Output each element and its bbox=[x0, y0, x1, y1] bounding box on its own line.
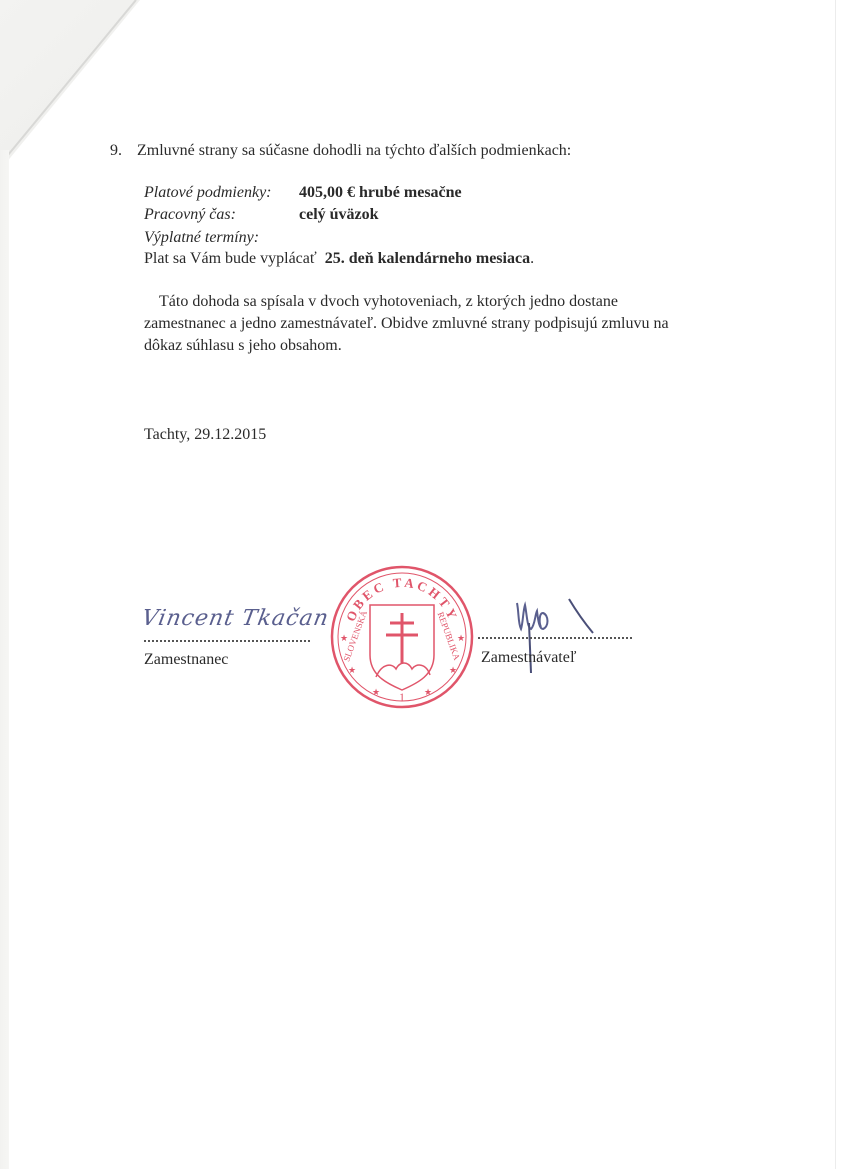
payment-suffix: . bbox=[530, 250, 534, 267]
employee-label: Zamestnanec bbox=[144, 650, 228, 670]
employee-signature-line bbox=[144, 640, 310, 642]
page-edge-left bbox=[0, 150, 9, 1169]
closing-line-1: Táto dohoda sa spísala v dvoch vyhotoven… bbox=[159, 292, 618, 312]
payment-line: Plat sa Vám bude vyplácať 25. deň kalend… bbox=[144, 249, 534, 269]
term-label-worktime: Pracovný čas: bbox=[144, 205, 236, 225]
employer-label: Zamestnávateľ bbox=[481, 648, 576, 668]
term-value-salary: 405,00 € hrubé mesačne bbox=[299, 183, 462, 203]
employee-signature: Vincent Tkačan bbox=[140, 606, 331, 631]
closing-line-2: zamestnanec a jedno zamestnávateľ. Obidv… bbox=[144, 314, 669, 334]
item-heading: Zmluvné strany sa súčasne dohodli na týc… bbox=[137, 141, 571, 161]
svg-text:★: ★ bbox=[372, 688, 380, 698]
term-label-paydates: Výplatné termíny: bbox=[144, 228, 259, 248]
stamp-number: 1 bbox=[399, 690, 405, 704]
employer-signature-line bbox=[478, 637, 632, 639]
term-label-salary: Platové podmienky: bbox=[144, 183, 272, 203]
item-number: 9. bbox=[110, 141, 122, 161]
official-stamp: OBEC TACHTY SLOVENSKÁ REPUBLIKA 1 ★★ ★★ … bbox=[330, 565, 475, 710]
svg-text:★: ★ bbox=[457, 634, 465, 644]
svg-text:★: ★ bbox=[340, 634, 348, 644]
payment-prefix: Plat sa Vám bude vyplácať bbox=[144, 250, 317, 267]
closing-line-3: dôkaz súhlasu s jeho obsahom. bbox=[144, 336, 342, 356]
payment-value: 25. deň kalendárneho mesiaca bbox=[325, 250, 530, 267]
svg-text:★: ★ bbox=[424, 688, 432, 698]
place-and-date: Tachty, 29.12.2015 bbox=[144, 425, 266, 445]
svg-text:★: ★ bbox=[348, 666, 356, 676]
page-edge-right bbox=[835, 0, 836, 1169]
svg-text:★: ★ bbox=[449, 666, 457, 676]
term-value-worktime: celý úväzok bbox=[299, 205, 379, 225]
folded-page-corner bbox=[0, 0, 140, 160]
